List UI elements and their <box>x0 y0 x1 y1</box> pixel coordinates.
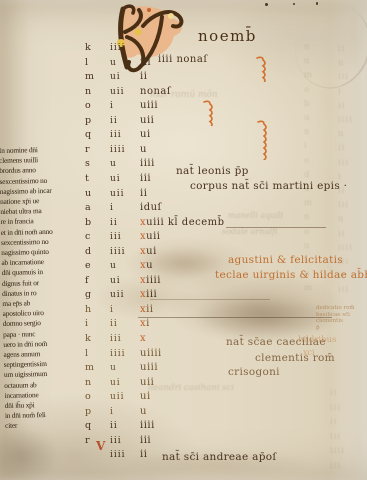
margin-note-line: citer <box>5 419 89 431</box>
ferial-numeral: iiii <box>110 43 126 53</box>
day-roman-numeral: xuiii kl̄ decemb̄ <box>140 217 225 228</box>
bleedthrough-glyph: m <box>304 198 313 208</box>
ferial-numeral: iiii <box>110 145 126 155</box>
bleedthrough-glyph: u <box>304 184 310 194</box>
day-roman-numeral: iii <box>140 57 151 68</box>
lunar-letter: f <box>85 275 89 286</box>
bleedthrough-glyph: u <box>304 113 310 123</box>
paraph-mark-icon <box>255 120 267 160</box>
lunar-letter: a <box>85 202 91 213</box>
ink-speck <box>316 2 318 5</box>
bleedthrough-glyph: n <box>304 42 310 52</box>
bleedthrough-glyph: m <box>304 283 313 293</box>
bleedthrough-glyph: i <box>304 255 308 265</box>
tiny-marginal-note-line: p̄ <box>316 325 355 332</box>
ferial-numeral: ii <box>110 218 118 228</box>
lunar-letter: r <box>85 435 90 446</box>
ferial-numeral: u <box>110 58 117 68</box>
bleedthrough-glyph: ii <box>330 388 337 398</box>
bleedthrough-glyph: b <box>304 99 310 109</box>
feast-entry: nat̄ leonis p̄p <box>176 165 249 177</box>
day-numeral-rest: ii <box>146 304 153 315</box>
lunar-letter: s <box>85 158 90 169</box>
day-roman-numeral: iiii nonaſ <box>158 54 208 65</box>
bleedthrough-glyph: u <box>338 214 344 224</box>
feast-entry: crisogoni <box>228 366 280 378</box>
bleedthrough-glyph: ii <box>338 101 345 111</box>
ferial-numeral: uii <box>110 392 125 402</box>
day-roman-numeral: uiii <box>140 100 158 111</box>
faint-text-fragment: sodale arnulfi <box>222 227 277 236</box>
feast-entry: clementis rom̄ <box>255 352 335 364</box>
ferial-numeral: ui <box>110 174 121 184</box>
bleedthrough-glyph: u <box>338 58 344 68</box>
lunar-letter: m <box>85 71 94 82</box>
feast-entry: nat̄ sc̄i andreae ap̄oſ <box>162 451 277 463</box>
feast-entry: corpus nat̄ sc̄i martini epis · <box>190 180 347 192</box>
day-roman-numeral: x <box>140 333 146 344</box>
bleedthrough-glyph: i <box>338 87 342 97</box>
lunar-letter: t <box>85 173 89 184</box>
day-roman-numeral: iiii <box>140 420 155 431</box>
bleedthrough-glyph: iii <box>338 285 349 295</box>
month-title: noemb̄ <box>198 27 257 45</box>
bleedthrough-glyph: o <box>304 85 310 95</box>
lunar-letter: i <box>85 318 88 329</box>
lunar-letter: h <box>85 304 91 315</box>
ferial-numeral: ui <box>110 378 121 388</box>
bleedthrough-glyph: u <box>304 56 310 66</box>
tiny-marginal-note: dedicatio rom̄basilicae sc̄iclementisp̄ <box>316 305 355 331</box>
ferial-numeral: u <box>110 159 117 169</box>
lunar-letter: b <box>85 217 91 228</box>
day-roman-numeral: ii <box>140 449 147 460</box>
day-numeral-rest: uii <box>146 231 160 242</box>
ferial-numeral: iii <box>110 130 122 140</box>
day-roman-numeral: uiiii <box>140 348 162 359</box>
feast-entry: agustini & felicitatis <box>228 254 343 266</box>
lunar-letter: p <box>85 406 91 417</box>
day-roman-numeral: xui <box>140 246 157 257</box>
bleedthrough-glyph: o <box>304 227 310 237</box>
bleedthrough-glyph: iii <box>338 200 349 210</box>
bleedthrough-glyph: ii <box>330 417 337 427</box>
orange-x-numeral: x <box>140 333 146 344</box>
lunar-letter: g <box>85 289 91 300</box>
faint-text-fragment: hildribus <box>298 335 336 345</box>
day-roman-numeral: ui <box>140 129 151 140</box>
lunar-letter: d <box>85 246 91 257</box>
lunar-letter: o <box>85 100 91 111</box>
lunar-letter: l <box>85 348 88 359</box>
faint-text-fragment: ileandri casihani sci <box>148 383 234 393</box>
ferial-numeral: i <box>110 101 114 111</box>
bleedthrough-glyph: n <box>304 212 310 222</box>
bleedthrough-glyph: i <box>304 141 308 151</box>
bleedthrough-glyph: m <box>304 70 313 80</box>
day-numeral-rest: iiii <box>146 275 161 286</box>
ferial-numeral: uii <box>110 189 125 199</box>
day-roman-numeral: iiii <box>140 158 155 169</box>
bleedthrough-glyph: u <box>338 129 344 139</box>
ink-speck <box>293 3 295 5</box>
day-numeral-rest: iii <box>146 289 157 300</box>
bleedthrough-glyph: iii <box>338 72 349 82</box>
ferial-numeral: iii <box>110 436 122 446</box>
ferial-numeral: u <box>110 261 117 271</box>
ferial-numeral: i <box>110 407 114 417</box>
bleedthrough-glyph: iii <box>330 403 341 413</box>
bleedthrough-glyph: iiii <box>338 243 353 253</box>
ferial-numeral: i <box>110 305 114 315</box>
day-roman-numeral: xiiii <box>140 275 161 286</box>
ferial-numeral: ui <box>110 72 121 82</box>
ferial-numeral: u <box>110 363 117 373</box>
day-roman-numeral: xuii <box>140 231 160 242</box>
manuscript-photo: noemb̄ In nomine dn̄iclemens uuillibrord… <box>0 0 367 480</box>
red-v-mark: V <box>96 439 105 453</box>
day-roman-numeral: xii <box>140 304 154 315</box>
ferial-numeral: iii <box>110 232 122 242</box>
day-roman-numeral: uii <box>140 115 154 126</box>
bleedthrough-glyph: ii <box>338 143 345 153</box>
bleedthrough-glyph: d <box>304 170 310 180</box>
lunar-letter: n <box>85 377 91 388</box>
bleedthrough-glyph: u <box>304 241 310 251</box>
day-roman-numeral: xi <box>140 318 150 329</box>
lunar-letter: o <box>85 391 91 402</box>
bleedthrough-glyph: iiii <box>330 446 345 456</box>
tiny-marginal-note-line: dedicatio rom̄ <box>316 305 355 312</box>
day-roman-numeral: xu <box>140 260 153 271</box>
paraph-mark-icon <box>201 100 213 126</box>
lunar-letter: n <box>85 86 91 97</box>
bleedthrough-glyph: n <box>304 269 310 279</box>
day-numeral-rest: ui <box>146 246 157 257</box>
ferial-numeral: iiii <box>110 349 126 359</box>
faint-text-fragment: xci <box>303 348 315 357</box>
day-numeral-rest: u <box>146 260 153 271</box>
day-roman-numeral: ii <box>140 71 147 82</box>
bleedthrough-glyph: i <box>338 172 342 182</box>
day-roman-numeral: u <box>140 144 147 155</box>
bleedthrough-glyph: iii <box>338 257 349 267</box>
bleedthrough-glyph: ii <box>338 186 345 196</box>
faint-text-fragment: manelli aquili <box>228 211 283 220</box>
margin-note: In nomine dn̄iclemens uuillibrordus anno… <box>0 144 89 432</box>
ferial-numeral: ii <box>110 116 118 126</box>
ferial-numeral: iiii <box>110 247 126 257</box>
day-roman-numeral: iii <box>140 435 151 446</box>
lunar-letter: k <box>85 333 91 344</box>
lunar-letter: p <box>85 115 91 126</box>
ferial-numeral: uii <box>110 87 125 97</box>
lunar-letter: l <box>85 57 88 68</box>
day-numeral-rest: uiii kl̄ decemb̄ <box>146 217 224 228</box>
bleedthrough-glyph: n <box>304 127 310 137</box>
ferial-numeral: ii <box>110 421 118 431</box>
bleedthrough-glyph: iii <box>330 461 341 471</box>
lunar-letter: r <box>85 144 90 155</box>
bleedthrough-glyph: iiii <box>338 115 353 125</box>
day-roman-numeral: uiii <box>140 362 158 373</box>
lunar-letter: q <box>85 129 91 140</box>
bleedthrough-glyph: ii <box>338 271 345 281</box>
lunar-letter: e <box>85 260 91 271</box>
day-roman-numeral: iduſ <box>140 202 162 213</box>
day-roman-numeral: iii <box>140 173 151 184</box>
ferial-numeral: ii <box>110 319 118 329</box>
bleedthrough-glyph: iii <box>330 432 341 442</box>
ferial-numeral: ui <box>110 276 121 286</box>
lunar-letter: u <box>85 188 91 199</box>
ferial-numeral: i <box>110 203 114 213</box>
lunar-letter: q <box>85 420 91 431</box>
bleedthrough-glyph: ii <box>338 229 345 239</box>
lunar-letter: k <box>85 42 91 53</box>
faint-text-fragment: mar romū mōn <box>150 90 218 100</box>
lunar-letter: c <box>85 231 90 242</box>
day-roman-numeral: xiii <box>140 289 157 300</box>
day-roman-numeral: ii <box>140 188 147 199</box>
ferial-numeral: uii <box>110 290 125 300</box>
ferial-numeral: iii <box>110 334 122 344</box>
ink-speck <box>265 3 268 6</box>
bleedthrough-glyph: ii <box>338 44 345 54</box>
bleedthrough-glyph: iii <box>338 158 349 168</box>
ferial-numeral: iiii <box>110 450 126 460</box>
lunar-letter: m <box>85 362 94 373</box>
day-numeral-rest: i <box>146 318 150 329</box>
bleedthrough-glyph: o <box>304 156 310 166</box>
day-roman-numeral: u <box>140 406 147 417</box>
paraph-mark-icon <box>254 56 266 82</box>
